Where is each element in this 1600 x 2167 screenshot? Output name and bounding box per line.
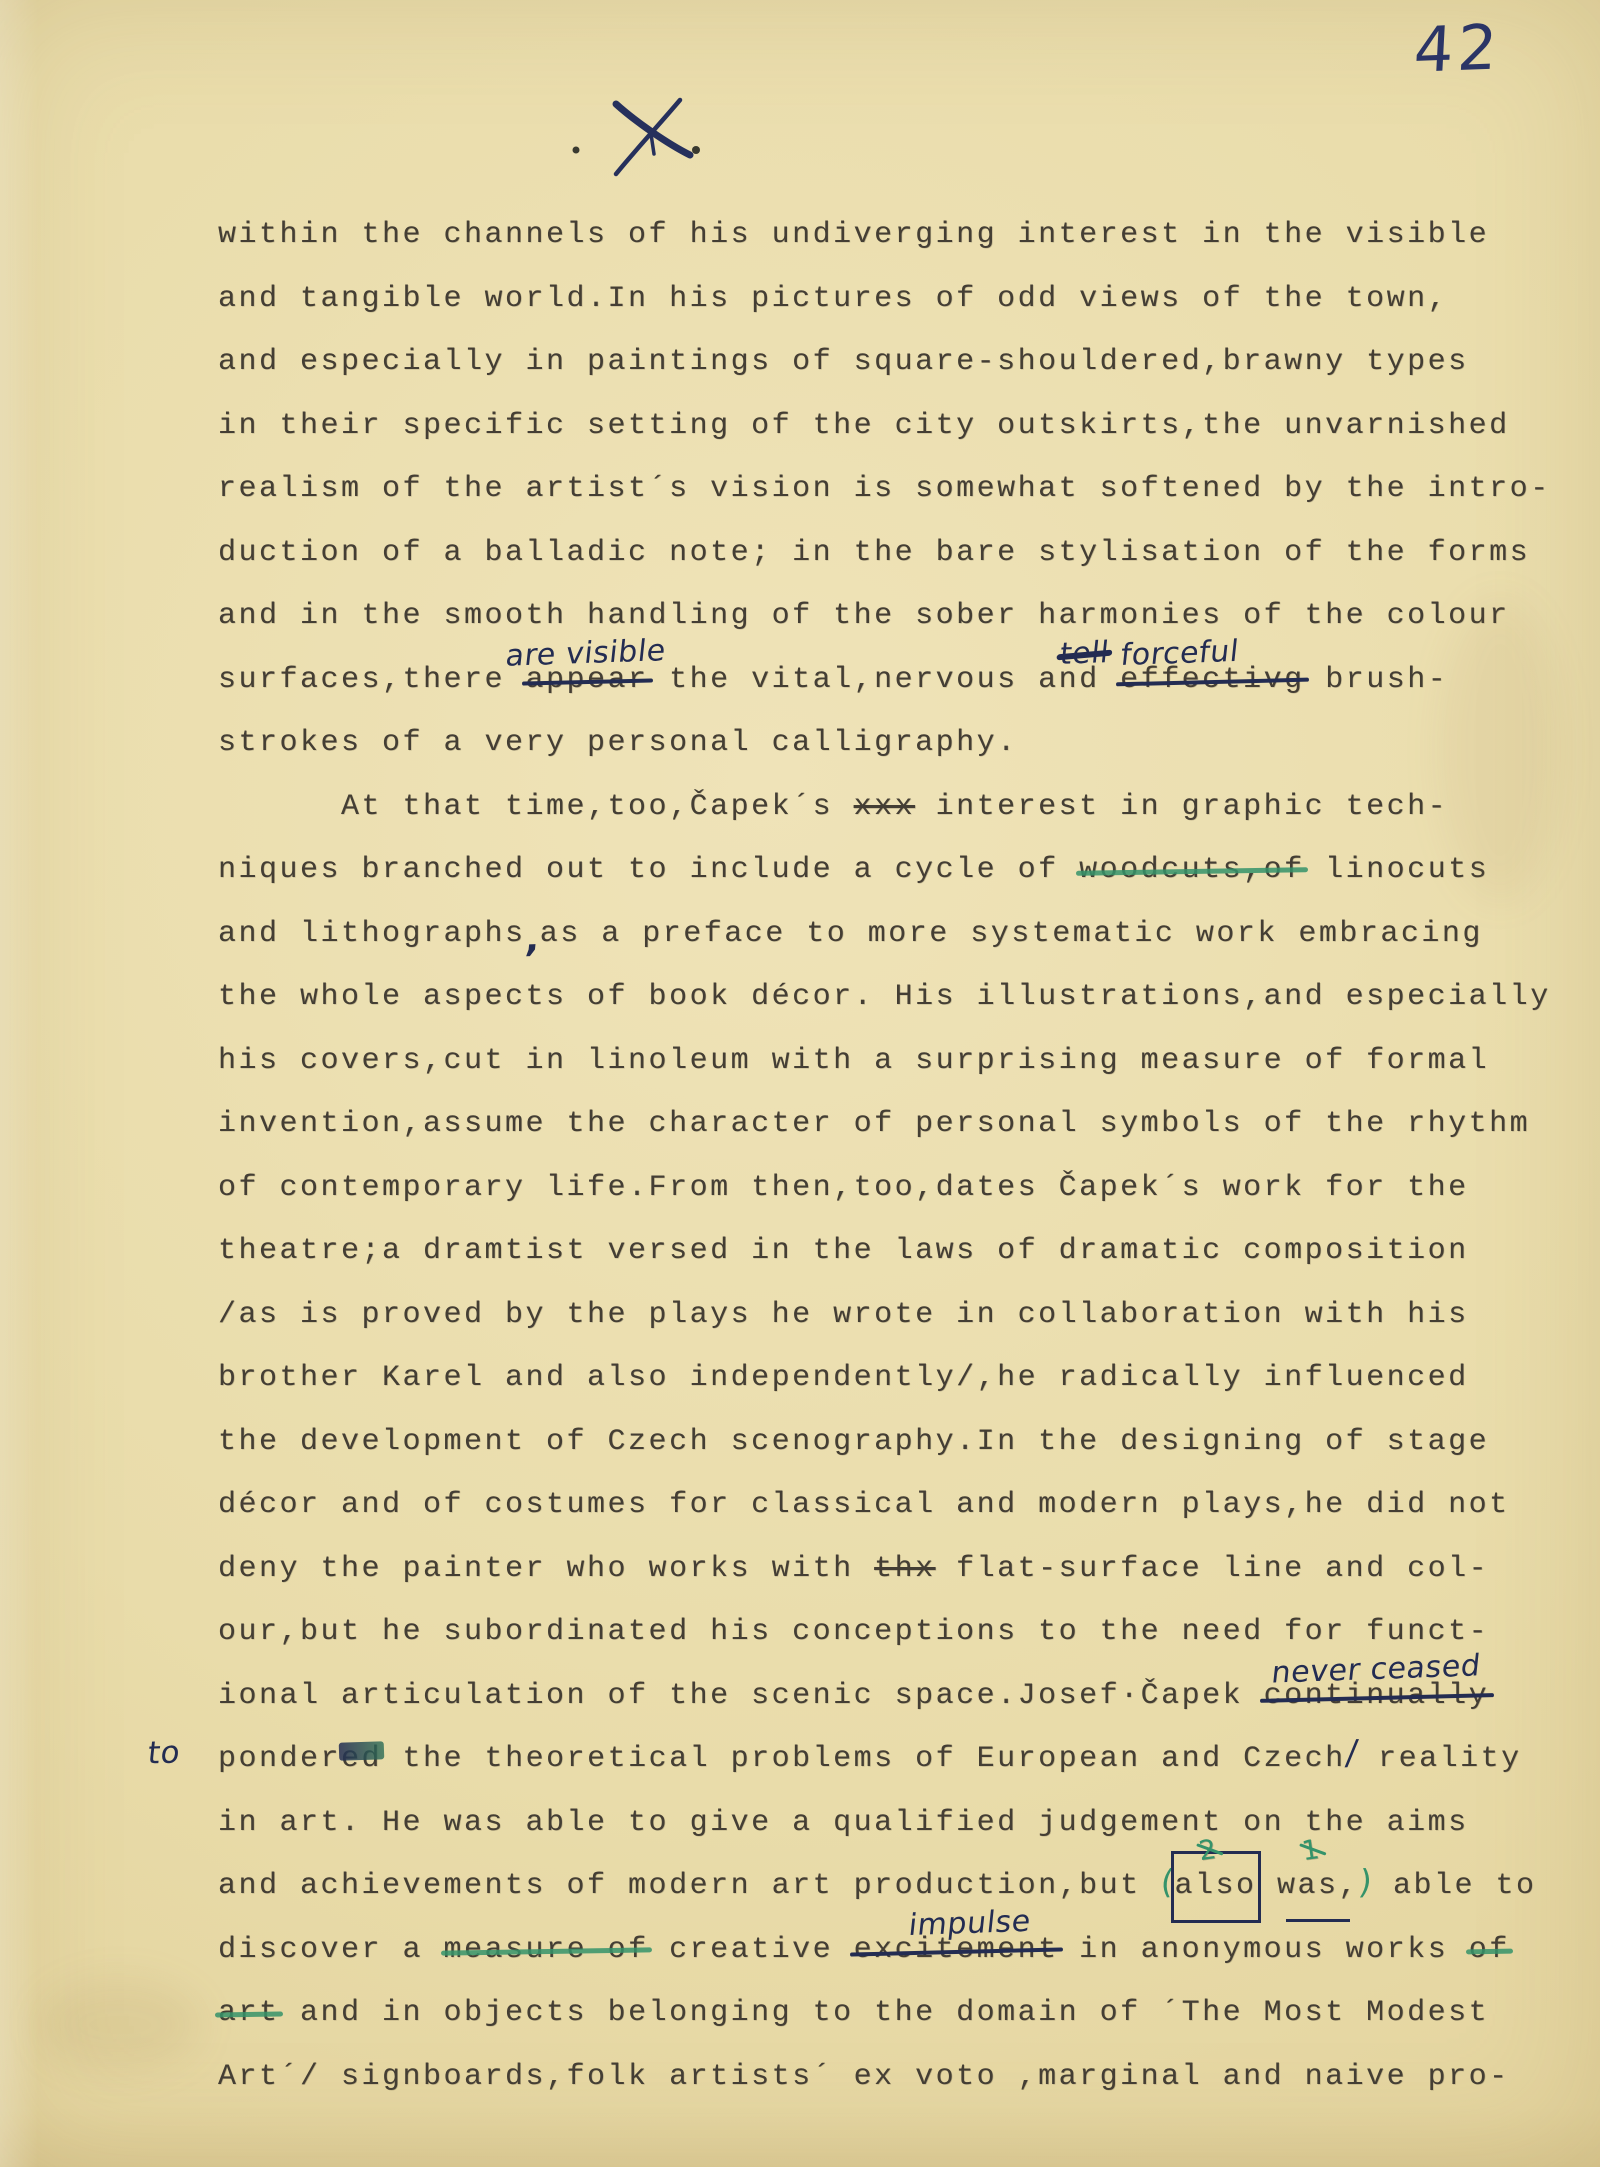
strike-blot-text: ed — [341, 1728, 382, 1792]
typed-glyphs: and in the smooth handling of the sober … — [218, 599, 1510, 633]
typed-text: ponder — [218, 1742, 341, 1776]
typed-glyphs: ional articulation of the scenic space.J… — [218, 1679, 1264, 1713]
typed-text: linocuts — [1305, 853, 1490, 887]
text-line: of contemporary life.From then,too,dates… — [218, 1157, 1558, 1221]
typed-text: in anonymous works — [1059, 1933, 1469, 1967]
strike-type-text: thx — [874, 1538, 936, 1602]
typed-text: niques branched out to include a cycle o… — [218, 853, 1079, 887]
typed-text: At that time,too,Čapek´s — [218, 790, 854, 824]
typed-text: realism of the artist´s vision is somewh… — [218, 472, 1551, 506]
typed-glyphs: and tangible world.In his pictures of od… — [218, 282, 1448, 316]
typed-glyphs: the vital,nervous and — [649, 663, 1121, 697]
page-number: 42 — [1412, 10, 1503, 86]
typed-glyphs: measure of — [444, 1933, 649, 1967]
typed-text: the theoretical problems of European and… — [382, 1742, 1346, 1776]
typed-text: deny the painter who works with — [218, 1552, 874, 1586]
typed-glyphs: in art. He was able to give a qualified … — [218, 1806, 1469, 1840]
ul-dark-text: was,1 — [1277, 1855, 1359, 1919]
typed-text: and in the smooth handling of the sober … — [218, 599, 1510, 633]
typed-text: and achievements of modern art productio… — [218, 1869, 1161, 1903]
typed-text: décor and of costumes for classical and … — [218, 1488, 1510, 1522]
green-edit-mark: 1 — [1300, 1836, 1323, 1865]
typed-text: ional articulation of the scenic space.J… — [218, 1679, 1264, 1713]
typed-glyphs: and especially in paintings of square-sh… — [218, 345, 1469, 379]
text-line: niques branched out to include a cycle o… — [218, 839, 1558, 903]
typed-text: the whole aspects of book décor. His ill… — [218, 980, 1551, 1014]
typed-text: surfaces,there — [218, 663, 526, 697]
handwritten-word: are visible — [504, 637, 667, 673]
typed-glyphs: ponder — [218, 1742, 341, 1776]
handwritten-insertion: ) — [1359, 1869, 1372, 1903]
typed-text: as a preface to more systematic work emb… — [540, 917, 1483, 951]
typed-text: reality — [1358, 1742, 1522, 1776]
typed-text: of contemporary life.From then,too,dates… — [218, 1171, 1469, 1205]
x-mark-icon — [558, 92, 728, 192]
typed-text: /as is proved by the plays he wrote in c… — [218, 1298, 1469, 1332]
typed-glyphs: ed — [341, 1742, 382, 1776]
typed-glyphs: interest in graphic tech- — [915, 790, 1448, 824]
typed-glyphs: and achievements of modern art productio… — [218, 1869, 1161, 1903]
text-line: and in the smooth handling of the sober … — [218, 585, 1558, 649]
text-line: and especially in paintings of square-sh… — [218, 331, 1558, 395]
typed-glyphs — [1257, 1869, 1278, 1903]
typed-text: discover a — [218, 1933, 444, 1967]
typed-glyphs: theatre;a dramtist versed in the laws of… — [218, 1234, 1469, 1268]
margin-note-handwritten: to — [146, 1737, 182, 1769]
text-line: ional articulation of the scenic space.J… — [218, 1665, 1558, 1729]
handwritten-insertion: ( — [1161, 1869, 1174, 1903]
text-line: within the channels of his undiverging i… — [218, 204, 1558, 268]
text-line: invention,assume the character of person… — [218, 1093, 1558, 1157]
typed-text: and lithographs — [218, 917, 526, 951]
typed-text: duction of a balladic note; in the bare … — [218, 536, 1530, 570]
typed-glyphs: able to — [1372, 1869, 1536, 1903]
text-line: deny the painter who works with thx flat… — [218, 1538, 1558, 1602]
typed-glyphs: thx — [874, 1552, 936, 1586]
typed-glyphs: brother Karel and also independently/,he… — [218, 1361, 1469, 1395]
typed-glyphs: linocuts — [1305, 853, 1490, 887]
text-line: /as is proved by the plays he wrote in c… — [218, 1284, 1558, 1348]
handwritten-word: impulse — [907, 1907, 1032, 1941]
typed-text: able to — [1372, 1869, 1536, 1903]
handwritten-insertion: , — [526, 917, 540, 951]
typed-glyphs: the theoretical problems of European and… — [382, 1742, 1346, 1776]
typed-glyphs: creative — [649, 1933, 854, 1967]
typed-glyphs: discover a — [218, 1933, 444, 1967]
strike-type-text: xxx — [854, 776, 916, 840]
typed-glyphs: xxx — [854, 790, 916, 824]
strike-pen-text: excitementimpulse — [854, 1919, 1059, 1983]
text-line: décor and of costumes for classical and … — [218, 1474, 1558, 1538]
text-line: brother Karel and also independently/,he… — [218, 1347, 1558, 1411]
text-line: in art. He was able to give a qualified … — [218, 1792, 1558, 1856]
text-line: theatre;a dramtist versed in the laws of… — [218, 1220, 1558, 1284]
strike-pen-text: effectivgtellforceful — [1120, 649, 1305, 713]
handwritten-correction: impulse — [909, 1909, 1031, 1941]
typed-glyphs: art — [218, 1996, 280, 2030]
typed-glyphs: Art´/ signboards,folk artists´ ex voto ,… — [218, 2060, 1510, 2094]
typed-glyphs: realism of the artist´s vision is somewh… — [218, 472, 1551, 506]
handwritten-correction: never ceased — [1272, 1655, 1480, 1687]
typed-text: within the channels of his undiverging i… — [218, 218, 1489, 252]
strike-pen-text: appearare visible — [526, 649, 649, 713]
typed-glyphs: of — [1469, 1933, 1510, 1967]
text-block: within the channels of his undiverging i… — [218, 204, 1558, 2109]
strike-green-text: woodcuts,of — [1079, 839, 1305, 903]
typed-glyphs: brush- — [1305, 663, 1449, 697]
typed-text: our,but he subordinated his conceptions … — [218, 1615, 1489, 1649]
text-line: and lithographs,as a preface to more sys… — [218, 903, 1558, 967]
strike-green-text: art — [218, 1982, 280, 2046]
typed-glyphs: /as is proved by the plays he wrote in c… — [218, 1298, 1469, 1332]
handwritten-insertion: / — [1346, 1742, 1358, 1776]
typed-text: the vital,nervous and — [649, 663, 1121, 697]
text-line: topondered the theoretical problems of E… — [218, 1728, 1558, 1792]
typed-glyphs: duction of a balladic note; in the bare … — [218, 536, 1530, 570]
typed-text: his covers,cut in linoleum with a surpri… — [218, 1044, 1489, 1078]
typed-glyphs: deny the painter who works with — [218, 1552, 874, 1586]
typed-glyphs: and in objects belonging to the domain o… — [280, 1996, 1490, 2030]
typed-glyphs: was, — [1277, 1869, 1359, 1903]
handwritten-word: forceful — [1119, 637, 1240, 671]
typed-glyphs: surfaces,there — [218, 663, 526, 697]
typed-text: and especially in paintings of square-sh… — [218, 345, 1469, 379]
typed-glyphs: our,but he subordinated his conceptions … — [218, 1615, 1489, 1649]
typed-glyphs: flat-surface line and col- — [936, 1552, 1490, 1586]
typed-glyphs: At that time,too,Čapek´s — [218, 790, 854, 824]
typed-glyphs: strokes of a very personal calligraphy. — [218, 726, 1018, 760]
text-line: Art´/ signboards,folk artists´ ex voto ,… — [218, 2046, 1558, 2110]
text-line: At that time,too,Čapek´s xxx interest in… — [218, 776, 1558, 840]
typed-glyphs: in their specific setting of the city ou… — [218, 409, 1510, 443]
text-line: and tangible world.In his pictures of od… — [218, 268, 1558, 332]
text-line: strokes of a very personal calligraphy. — [218, 712, 1558, 776]
typed-text: interest in graphic tech- — [915, 790, 1448, 824]
typed-glyphs: invention,assume the character of person… — [218, 1107, 1530, 1141]
paper-stain — [40, 1980, 200, 2070]
text-line: in their specific setting of the city ou… — [218, 395, 1558, 459]
typed-text: the development of Czech scenography.In … — [218, 1425, 1489, 1459]
handwritten-correction: tellforceful — [1060, 639, 1238, 671]
text-line: art and in objects belonging to the doma… — [218, 1982, 1558, 2046]
strike-pen-text: continuallynever ceased — [1264, 1665, 1490, 1729]
text-line: the development of Czech scenography.In … — [218, 1411, 1558, 1475]
typed-text: strokes of a very personal calligraphy. — [218, 726, 1018, 760]
typed-text: Art´/ signboards,folk artists´ ex voto ,… — [218, 2060, 1510, 2094]
typed-glyphs: the development of Czech scenography.In … — [218, 1425, 1489, 1459]
typed-glyphs: of contemporary life.From then,too,dates… — [218, 1171, 1469, 1205]
typed-text: invention,assume the character of person… — [218, 1107, 1530, 1141]
text-line: the whole aspects of book décor. His ill… — [218, 966, 1558, 1030]
text-line: realism of the artist´s vision is somewh… — [218, 458, 1558, 522]
typed-glyphs: the whole aspects of book décor. His ill… — [218, 980, 1551, 1014]
typed-text: in art. He was able to give a qualified … — [218, 1806, 1469, 1840]
typed-text: flat-surface line and col- — [936, 1552, 1490, 1586]
text-line: and achievements of modern art productio… — [218, 1855, 1558, 1919]
typed-text: and tangible world.In his pictures of od… — [218, 282, 1448, 316]
green-edit-mark: 2 — [1197, 1836, 1220, 1865]
handwritten-struck-word: tell — [1058, 639, 1110, 671]
typed-text: creative — [649, 1933, 854, 1967]
typed-text: and in objects belonging to the domain o… — [280, 1996, 1490, 2030]
typed-glyphs: décor and of costumes for classical and … — [218, 1488, 1510, 1522]
typed-glyphs: within the channels of his undiverging i… — [218, 218, 1489, 252]
strike-green-text: measure of — [444, 1919, 649, 1983]
typed-glyphs: and lithographs — [218, 917, 526, 951]
typed-glyphs: also — [1175, 1869, 1257, 1903]
typed-glyphs: as a preface to more systematic work emb… — [540, 917, 1483, 951]
handwritten-word: never ceased — [1270, 1652, 1482, 1689]
manuscript-page: 42 within the channels of his undivergin… — [0, 0, 1600, 2167]
handwritten-correction: are visible — [506, 639, 665, 671]
typed-glyphs: in anonymous works — [1059, 1933, 1469, 1967]
text-line: discover a measure of creative excitemen… — [218, 1919, 1558, 1983]
text-line: surfaces,there appearare visible the vit… — [218, 649, 1558, 713]
typed-text: in their specific setting of the city ou… — [218, 409, 1510, 443]
typed-text: brush- — [1305, 663, 1449, 697]
text-line: duction of a balladic note; in the bare … — [218, 522, 1558, 586]
typed-glyphs: woodcuts,of — [1079, 853, 1305, 887]
typed-text: brother Karel and also independently/,he… — [218, 1361, 1469, 1395]
strike-green-text: of — [1469, 1919, 1510, 1983]
typed-glyphs: reality — [1358, 1742, 1522, 1776]
typed-text: theatre;a dramtist versed in the laws of… — [218, 1234, 1469, 1268]
typed-glyphs: his covers,cut in linoleum with a surpri… — [218, 1044, 1489, 1078]
text-line: his covers,cut in linoleum with a surpri… — [218, 1030, 1558, 1094]
typed-text — [1257, 1869, 1278, 1903]
typed-glyphs: niques branched out to include a cycle o… — [218, 853, 1079, 887]
box-dark-text: also2 — [1175, 1855, 1257, 1919]
